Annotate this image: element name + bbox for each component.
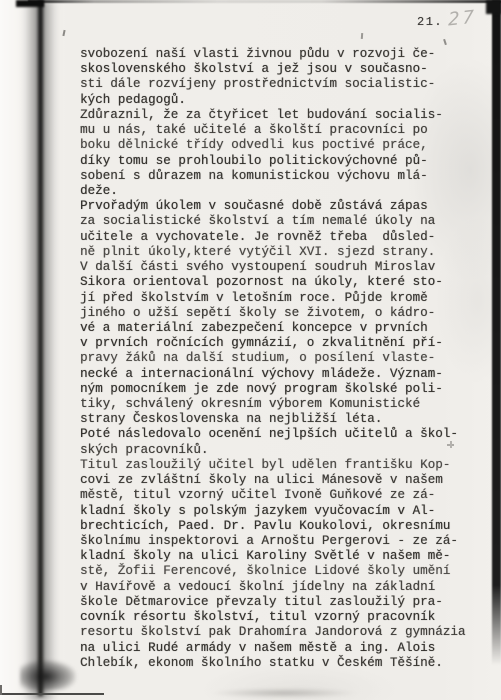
- text-line: covi ze zvláštní školy na ulici Mánesově…: [80, 473, 465, 488]
- text-line: V další části svého vystoupení soudruh M…: [80, 260, 465, 275]
- ink-speck: [62, 30, 65, 36]
- text-line: strany Československa na nejbližší léta.: [80, 412, 465, 427]
- text-line: Prvořadým úkolem v současné době zůstává…: [80, 199, 465, 214]
- text-line: v Havířově a vedoucí školní jídelny na z…: [80, 580, 465, 595]
- text-line: resortu školství pak Drahomíra Jandorová…: [80, 625, 465, 640]
- text-line: jiného o užší sepětí školy se životem, o…: [80, 306, 465, 321]
- text-line: Poté následovalo ocenění nejlpších učite…: [80, 427, 465, 442]
- text-line: za socialistické školství a tím nemalé ú…: [80, 214, 465, 229]
- text-line: díky tomu se prohloubilo politickovýchov…: [80, 154, 465, 169]
- text-line: vé a materiální zabezpečení koncepce v p…: [80, 321, 465, 336]
- text-line: Titul zasloužilý učitel byl udělen frant…: [80, 458, 465, 473]
- scan-right-edge-band: [492, 0, 501, 665]
- text-line: brechticích, Paed. Dr. Pavlu Koukolovi, …: [80, 519, 465, 534]
- text-line: ným pomocníkem je zde nový program škols…: [80, 382, 465, 397]
- text-line: kladní školy s polským jazykem vyučovací…: [80, 504, 465, 519]
- binding-shadow-foot: [20, 660, 76, 690]
- text-line: skoslovenského školství a jež jsou v sou…: [80, 62, 465, 77]
- text-line: kladní školy na ulici Karoliny Světlé v …: [80, 549, 465, 564]
- text-line: na ulici Rudé armády v našem městě a ing…: [80, 641, 465, 656]
- scanned-document-page: 21. 27 svobození naší vlasti živnou půdu…: [0, 0, 501, 700]
- text-line: necké a internacionální výchovy mládeže.…: [80, 367, 465, 382]
- page-number-typed: 21.: [417, 15, 443, 29]
- scan-bottom-smudge: [210, 688, 358, 698]
- text-line: boku dělnické třídy odvedli kus poctivé …: [80, 138, 465, 153]
- scan-right-edge-corner: [486, 0, 501, 14]
- text-line: sobení s důrazem na komunistickou výchov…: [80, 169, 465, 184]
- text-line: Chlebík, ekonom školního statku v Českém…: [80, 656, 465, 671]
- scan-top-edge-line: [28, 0, 501, 3]
- scan-bottom-left-line: [0, 693, 104, 695]
- text-line: jí před školstvím v letošním roce. Půjde…: [80, 291, 465, 306]
- text-line: stě, Žofii Ferencové, školnice Lidové šk…: [80, 564, 465, 579]
- text-line: v prvních ročnících gymnázií, o zkvalitn…: [80, 336, 465, 351]
- text-line: mu u nás, také učitelé a školští pracovn…: [80, 123, 465, 138]
- binding-shadow-top-blob: [16, 0, 44, 7]
- text-line: sti dále rozvíjeny prostřednictvím socia…: [80, 77, 465, 92]
- text-line: škole Dětmarovice převzaly titul zaslouž…: [80, 595, 465, 610]
- text-line: covník résortu školství, titul vzorný pr…: [80, 610, 465, 625]
- text-line: městě, titul vzorný učitel Ivoně Guňkové…: [80, 488, 465, 503]
- text-line: Sikora orientoval pozornost na úkoly, kt…: [80, 275, 465, 290]
- page-number-handwritten: 27: [448, 6, 477, 30]
- text-line: svobození naší vlasti živnou půdu v rozv…: [80, 47, 465, 62]
- text-line: pravy žáků na další studium, o posílení …: [80, 351, 465, 366]
- text-line: ně plnit úkoly,které vytýčil XVI. sjezd …: [80, 245, 465, 260]
- text-line: deže.: [80, 184, 465, 199]
- binding-shadow-halo: [24, 0, 56, 700]
- text-line: školnímu inspektorovi a Arnoštu Pergerov…: [80, 534, 465, 549]
- text-line: učitele a vychovatele. Je rovněž třeba d…: [80, 230, 465, 245]
- text-line: Zdůraznil, že za čtyřicet let budování s…: [80, 108, 465, 123]
- ink-speck: [443, 39, 447, 45]
- ink-speck: [361, 33, 363, 39]
- scan-bottom-left-tick: [0, 685, 2, 695]
- text-line: tiky, schválený okresním výborem Komunis…: [80, 397, 465, 412]
- document-text-block: svobození naší vlasti živnou půdu v rozv…: [80, 47, 465, 671]
- text-line: ských pracovníků.: [80, 443, 465, 458]
- text-line: kých pedagogů.: [80, 93, 465, 108]
- binding-shadow-streak: [38, 0, 43, 696]
